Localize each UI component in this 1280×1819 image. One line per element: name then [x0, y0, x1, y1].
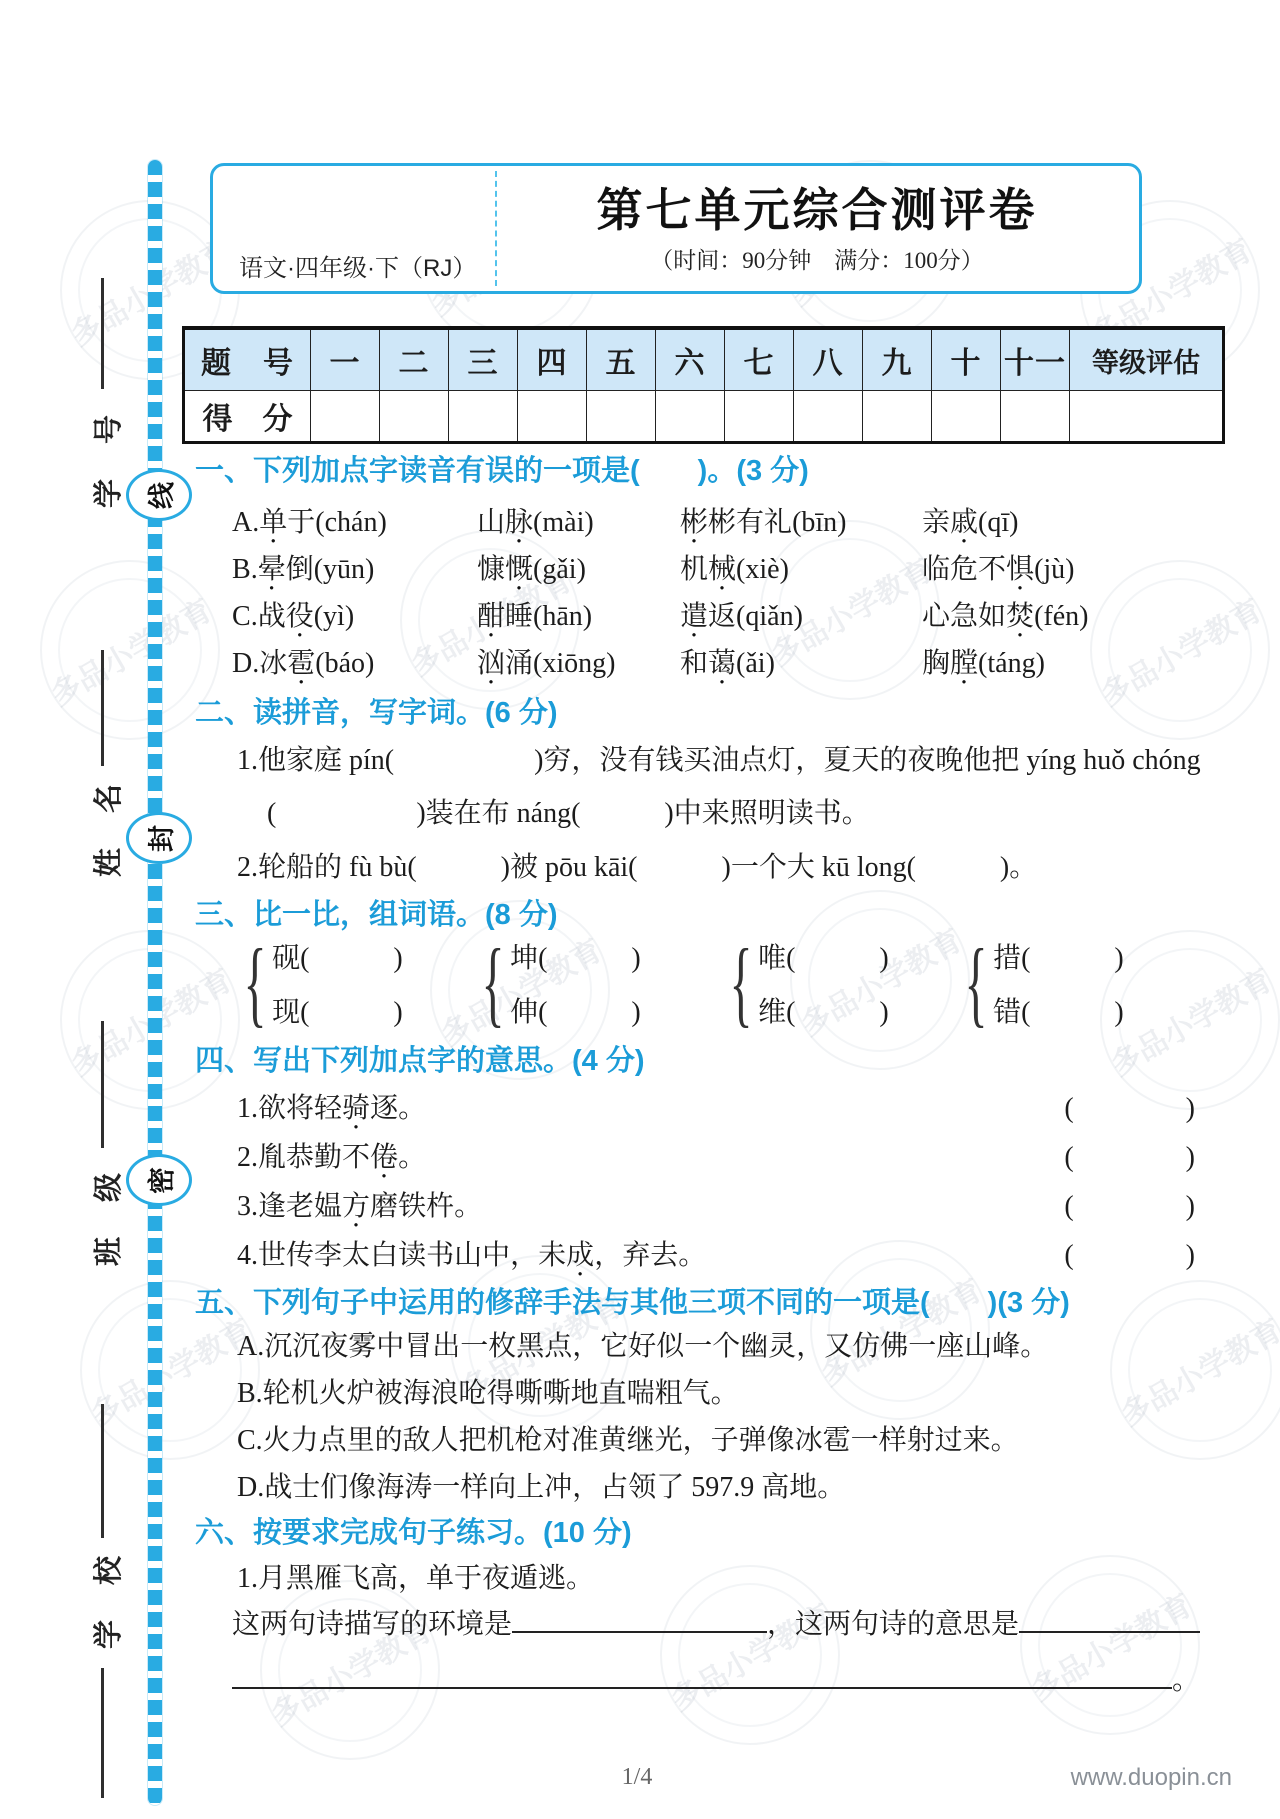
- seal-feng: 封: [126, 812, 192, 864]
- score-col-header: 题 号: [184, 328, 311, 391]
- score-cell: [449, 391, 518, 443]
- score-col-header: 等级评估: [1070, 328, 1224, 391]
- option-phrase: 临危不惧(jù): [922, 547, 1075, 587]
- publisher-site: www.duopin.cn: [1071, 1764, 1232, 1792]
- fill-line: [101, 650, 104, 766]
- q1-heading: 一、下列加点字读音有误的一项是( )。(3 分): [195, 448, 809, 489]
- fill-line: [101, 1668, 104, 1798]
- fill-line: [101, 1021, 104, 1148]
- brace-icon: {: [244, 940, 267, 1026]
- paper-header-box: 语文·四年级·下（RJ） 第七单元综合测评卷 （时间：90分钟 满分：100分）: [210, 163, 1142, 294]
- seal-mi: 密: [126, 1154, 192, 1206]
- q1-option-b: B.晕倒(yūn) 慷慨(gǎi) 机械(xiè) 临危不惧(jù): [232, 547, 1212, 587]
- word-blank: 唯( ): [758, 936, 889, 976]
- option-phrase: 酣睡(hān): [477, 594, 680, 634]
- score-cell: [932, 391, 1001, 443]
- score-col-header: 六: [656, 328, 725, 391]
- score-col-header: 五: [587, 328, 656, 391]
- q1-option-a: A.单于(chán) 山脉(mài) 彬彬有礼(bīn) 亲戚(qī): [232, 500, 1212, 540]
- fill-text: ，这两句诗的意思是: [767, 1602, 1019, 1642]
- class-label: 班 级: [86, 1160, 126, 1276]
- option-phrase: 亲戚(qī): [922, 500, 1018, 540]
- q2-item2: 2.轮船的 fù bù( )被 pōu kāi( )一个大 kū long( )…: [237, 845, 1037, 885]
- score-row-label: 得 分: [184, 391, 311, 443]
- q1-option-d: D.冰雹(báo) 汹涌(xiōng) 和蔼(ǎi) 胸膛(táng): [232, 641, 1212, 681]
- watermark: 多品小学教育: [660, 1565, 840, 1745]
- sentence: 2.胤恭勤不倦。: [237, 1135, 426, 1175]
- q4-item-1: 1.欲将轻骑逐。 ( ): [237, 1086, 1195, 1126]
- word-blank: 维( ): [758, 990, 889, 1030]
- option-phrase: 心急如焚(fén): [922, 594, 1088, 634]
- brace-icon: {: [482, 940, 505, 1026]
- q5-option-d: D.战士们像海涛一样向上冲，占领了 597.9 高地。: [237, 1465, 845, 1505]
- q4-item-4: 4.世传李太白读书山中，未成，弃去。 ( ): [237, 1233, 1195, 1273]
- answer-blank: ( ): [1064, 1184, 1195, 1224]
- q6-heading: 六、按要求完成句子练习。(10 分): [195, 1510, 632, 1551]
- score-cell: [725, 391, 794, 443]
- watermark: 多品小学教育: [1020, 1555, 1200, 1735]
- q2-item1-line1: 1.他家庭 pín( )穷，没有钱买油点灯，夏天的夜晚他把 yíng huǒ c…: [237, 738, 1201, 778]
- q3-group-2: { 坤( )伸( ): [470, 936, 641, 1030]
- score-col-header: 十一: [1001, 328, 1070, 391]
- option-phrase: 山脉(mài): [477, 500, 680, 540]
- score-cell: [1070, 391, 1224, 443]
- q3-heading: 三、比一比，组词语。(8 分): [195, 892, 558, 933]
- fill-line: [101, 278, 104, 389]
- answer-blank: ( ): [1064, 1086, 1195, 1126]
- score-col-header: 一: [311, 328, 380, 391]
- score-header-row: 题 号 一 二 三 四 五 六 七 八 九 十 十一 等级评估: [184, 328, 1224, 391]
- option-phrase: B.晕倒(yūn): [232, 547, 477, 587]
- answer-blank: [512, 1602, 767, 1633]
- q5-option-a: A.沉沉夜雾中冒出一枚黑点，它好似一个幽灵，又仿佛一座山峰。: [237, 1324, 1048, 1364]
- watermark: 多品小学教育: [1110, 1280, 1280, 1460]
- option-phrase: 遣返(qiǎn): [680, 594, 922, 634]
- edition-label: 语文·四年级·下（RJ）: [239, 248, 476, 283]
- score-col-header: 三: [449, 328, 518, 391]
- sentence: 4.世传李太白读书山中，未成，弃去。: [237, 1233, 706, 1273]
- score-cell: [587, 391, 656, 443]
- answer-blank: ( ): [1064, 1135, 1195, 1175]
- binding-dotted-line: [148, 160, 162, 1805]
- fill-line: [101, 1404, 104, 1538]
- paper-subtitle: （时间：90分钟 满分：100分）: [495, 242, 1139, 275]
- watermark: 多品小学教育: [1100, 930, 1280, 1110]
- answer-blank: ( ): [1064, 1233, 1195, 1273]
- option-phrase: 慷慨(gǎi): [477, 547, 680, 587]
- option-phrase: 胸膛(táng): [922, 641, 1045, 681]
- sentence: 3.逢老媪方磨铁杵。: [237, 1184, 482, 1224]
- score-cell: [863, 391, 932, 443]
- q4-heading: 四、写出下列加点字的意思。(4 分): [195, 1038, 645, 1079]
- test-paper-page: 多品小学教育 多品小学教育 多品小学教育 多品小学教育 多品小学教育 多品小学教…: [0, 0, 1280, 1819]
- option-phrase: 和蔼(ǎi): [680, 641, 922, 681]
- option-phrase: 彬彬有礼(bīn): [680, 500, 922, 540]
- option-phrase: 机械(xiè): [680, 547, 922, 587]
- score-col-header: 八: [794, 328, 863, 391]
- word-blank: 现( ): [272, 990, 403, 1030]
- sentence: 1.欲将轻骑逐。: [237, 1086, 426, 1126]
- brace-icon: {: [965, 940, 988, 1026]
- fill-text: 这两句诗描写的环境是: [232, 1602, 512, 1642]
- word-blank: 措( ): [993, 936, 1124, 976]
- score-cell: [380, 391, 449, 443]
- q3-group-4: { 措( )错( ): [953, 936, 1124, 1030]
- watermark: 多品小学教育: [40, 560, 220, 740]
- score-cell: [656, 391, 725, 443]
- q3-group-1: { 砚( )现( ): [232, 936, 403, 1030]
- score-col-header: 四: [518, 328, 587, 391]
- q5-heading: 五、下列句子中运用的修辞手法与其他三项不同的一项是( )(3 分): [195, 1280, 1070, 1321]
- q2-item1-line2: ( )装在布 náng( )中来照明读书。: [267, 791, 870, 831]
- q4-item-2: 2.胤恭勤不倦。 ( ): [237, 1135, 1195, 1175]
- q6-continuation-line: 。: [232, 1658, 1200, 1698]
- option-phrase: 汹涌(xiōng): [477, 641, 680, 681]
- word-blank: 伸( ): [510, 990, 641, 1030]
- answer-blank: [232, 1658, 1172, 1689]
- score-table: 题 号 一 二 三 四 五 六 七 八 九 十 十一 等级评估 得 分: [182, 326, 1225, 444]
- answer-blank: [1019, 1602, 1200, 1633]
- school-label: 学 校: [86, 1543, 126, 1659]
- q1-option-c: C.战役(yì) 酣睡(hān) 遣返(qiǎn) 心急如焚(fén): [232, 594, 1212, 634]
- q5-option-b: B.轮机火炉被海浪呛得嘶嘶地直喘粗气。: [237, 1371, 739, 1411]
- word-blank: 坤( ): [510, 936, 641, 976]
- q6-fill-line: 这两句诗描写的环境是 ，这两句诗的意思是: [232, 1602, 1200, 1642]
- option-phrase: A.单于(chán): [232, 500, 477, 540]
- option-phrase: C.战役(yì): [232, 594, 477, 634]
- seal-xian: 线: [126, 469, 192, 521]
- score-cell: [1001, 391, 1070, 443]
- student-number-label: 学 号: [86, 402, 126, 518]
- page-number: 1/4: [592, 1764, 682, 1791]
- option-phrase: D.冰雹(báo): [232, 641, 477, 681]
- score-cell: [518, 391, 587, 443]
- score-cell: [311, 391, 380, 443]
- q3-group-3: { 唯( )维( ): [718, 936, 889, 1030]
- q2-heading: 二、读拼音，写字词。(6 分): [195, 690, 558, 731]
- score-col-header: 九: [863, 328, 932, 391]
- fill-text: 。: [1172, 1658, 1200, 1698]
- score-col-header: 二: [380, 328, 449, 391]
- word-blank: 砚( ): [272, 936, 403, 976]
- q6-item-1: 1.月黑雁飞高，单于夜遁逃。: [237, 1556, 594, 1596]
- paper-title: 第七单元综合测评卷: [495, 174, 1139, 240]
- q4-item-3: 3.逢老媪方磨铁杵。 ( ): [237, 1184, 1195, 1224]
- score-cell: [794, 391, 863, 443]
- word-blank: 错( ): [993, 990, 1124, 1030]
- score-value-row: 得 分: [184, 391, 1224, 443]
- brace-icon: {: [730, 940, 753, 1026]
- score-col-header: 十: [932, 328, 1001, 391]
- q5-option-c: C.火力点里的敌人把机枪对准黄继光，子弹像冰雹一样射过来。: [237, 1418, 1019, 1458]
- score-col-header: 七: [725, 328, 794, 391]
- name-label: 姓 名: [86, 771, 126, 887]
